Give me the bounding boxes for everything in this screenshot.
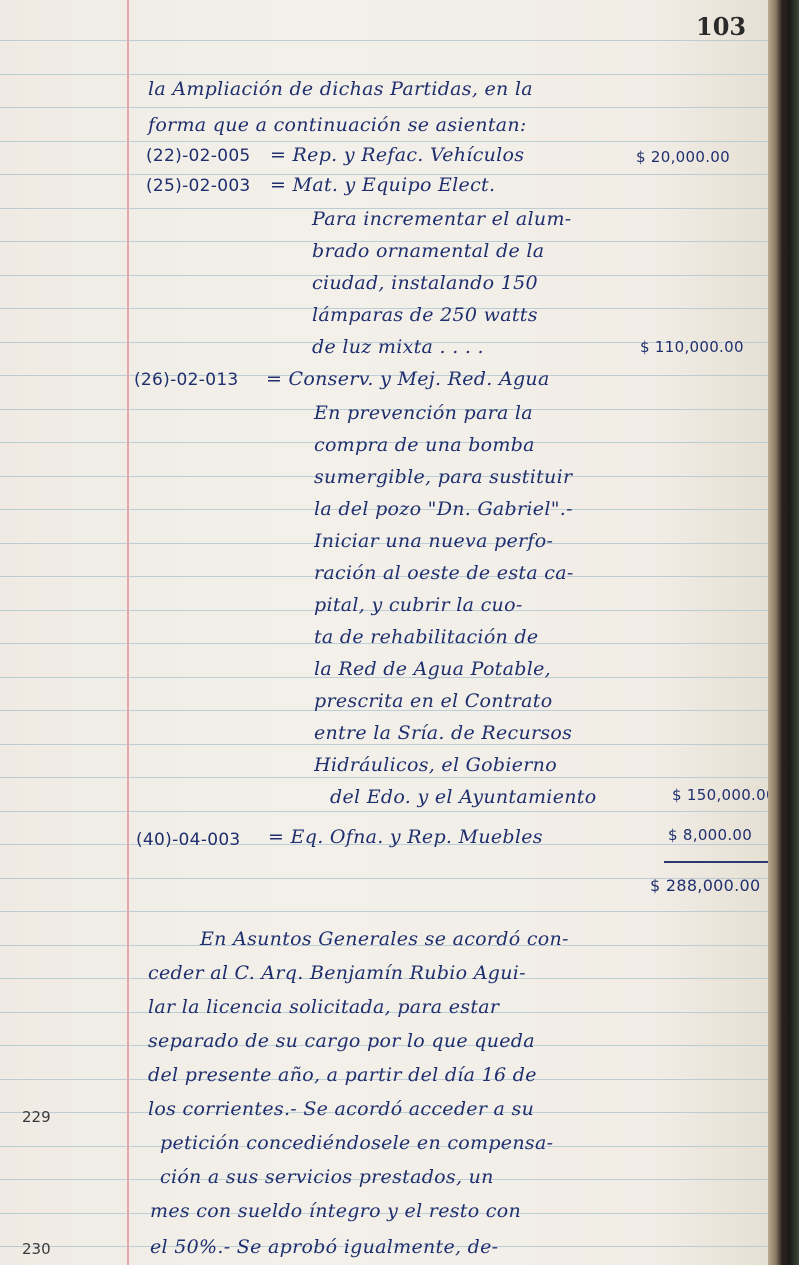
entry-title: = Eq. Ofna. y Rep. Muebles — [268, 826, 543, 848]
ruled-line — [0, 744, 768, 745]
intro-line: la Ampliación de dichas Partidas, en la — [148, 78, 533, 100]
entry-amount: $ 20,000.00 — [636, 148, 730, 166]
paragraph-line: mes con sueldo íntegro y el resto con — [150, 1200, 521, 1222]
entry-description-line: del Edo. y el Ayuntamiento — [330, 786, 596, 808]
entry-description-line: ración al oeste de esta ca- — [314, 562, 574, 584]
ruled-line — [0, 141, 768, 142]
ruled-line — [0, 811, 768, 812]
total-underline — [664, 861, 768, 863]
entry-description-line: entre la Sría. de Recursos — [314, 722, 572, 744]
entry-description-line: la Red de Agua Potable, — [314, 658, 551, 680]
ruled-line — [0, 777, 768, 778]
entry-description-line: ta de rehabilitación de — [314, 626, 538, 648]
paragraph-line: ción a sus servicios prestados, un — [160, 1166, 494, 1188]
entry-description-line: Para incrementar el alum- — [312, 208, 572, 230]
page-number: 103 — [696, 12, 746, 41]
paragraph-line: separado de su cargo por lo que queda — [148, 1030, 535, 1052]
entry-title: = Rep. y Refac. Vehículos — [270, 144, 524, 166]
entry-amount: $ 8,000.00 — [668, 826, 752, 844]
entry-amount: $ 150,000.00 — [672, 786, 768, 804]
entry-title: = Conserv. y Mej. Red. Agua — [266, 368, 550, 390]
entry-description-line: Iniciar una nueva perfo- — [314, 530, 553, 552]
ruled-line — [0, 40, 768, 41]
paragraph-line: lar la licencia solicitada, para estar — [148, 996, 499, 1018]
margin-number: 230 — [22, 1240, 51, 1258]
entry-description-line: En prevención para la — [314, 402, 533, 424]
entry-description-line: Hidráulicos, el Gobierno — [314, 754, 557, 776]
entry-code: (22)-02-005 — [146, 146, 251, 166]
entry-description-line: brado ornamental de la — [312, 240, 544, 262]
paragraph-line: el 50%.- Se aprobó igualmente, de- — [150, 1236, 498, 1258]
entry-code: (40)-04-003 — [136, 830, 241, 850]
entry-description-line: prescrita en el Contrato — [314, 690, 552, 712]
ledger-page: 103 la Ampliación de dichas Partidas, en… — [0, 0, 768, 1265]
paragraph-line: los corrientes.- Se acordó acceder a su — [148, 1098, 534, 1120]
paragraph-line: ceder al C. Arq. Benjamín Rubio Agui- — [148, 962, 526, 984]
entry-description-line: compra de una bomba — [314, 434, 535, 456]
margin-number: 229 — [22, 1108, 51, 1126]
red-margin-line — [127, 0, 129, 1265]
intro-line: forma que a continuación se asientan: — [148, 114, 527, 136]
entry-description-line: lámparas de 250 watts — [312, 304, 538, 326]
entry-code: (25)-02-003 — [146, 176, 251, 196]
entry-description-line: ciudad, instalando 150 — [312, 272, 538, 294]
entry-description-line: de luz mixta . . . . — [312, 336, 484, 358]
total-amount: $ 288,000.00 — [650, 876, 760, 895]
book-spine-edge — [768, 0, 799, 1265]
entry-description-line: sumergible, para sustituir — [314, 466, 572, 488]
entry-amount: $ 110,000.00 — [640, 338, 744, 356]
ruled-line — [0, 911, 768, 912]
paragraph-line: petición concediéndosele en compensa- — [160, 1132, 553, 1154]
entry-code: (26)-02-013 — [134, 370, 239, 390]
paragraph-line: del presente año, a partir del día 16 de — [148, 1064, 537, 1086]
entry-description-line: pital, y cubrir la cuo- — [314, 594, 523, 616]
ruled-line — [0, 107, 768, 108]
entry-description-line: la del pozo "Dn. Gabriel".- — [314, 498, 573, 520]
ruled-line — [0, 74, 768, 75]
entry-title: = Mat. y Equipo Elect. — [270, 174, 495, 196]
paragraph-line: En Asuntos Generales se acordó con- — [200, 928, 569, 950]
